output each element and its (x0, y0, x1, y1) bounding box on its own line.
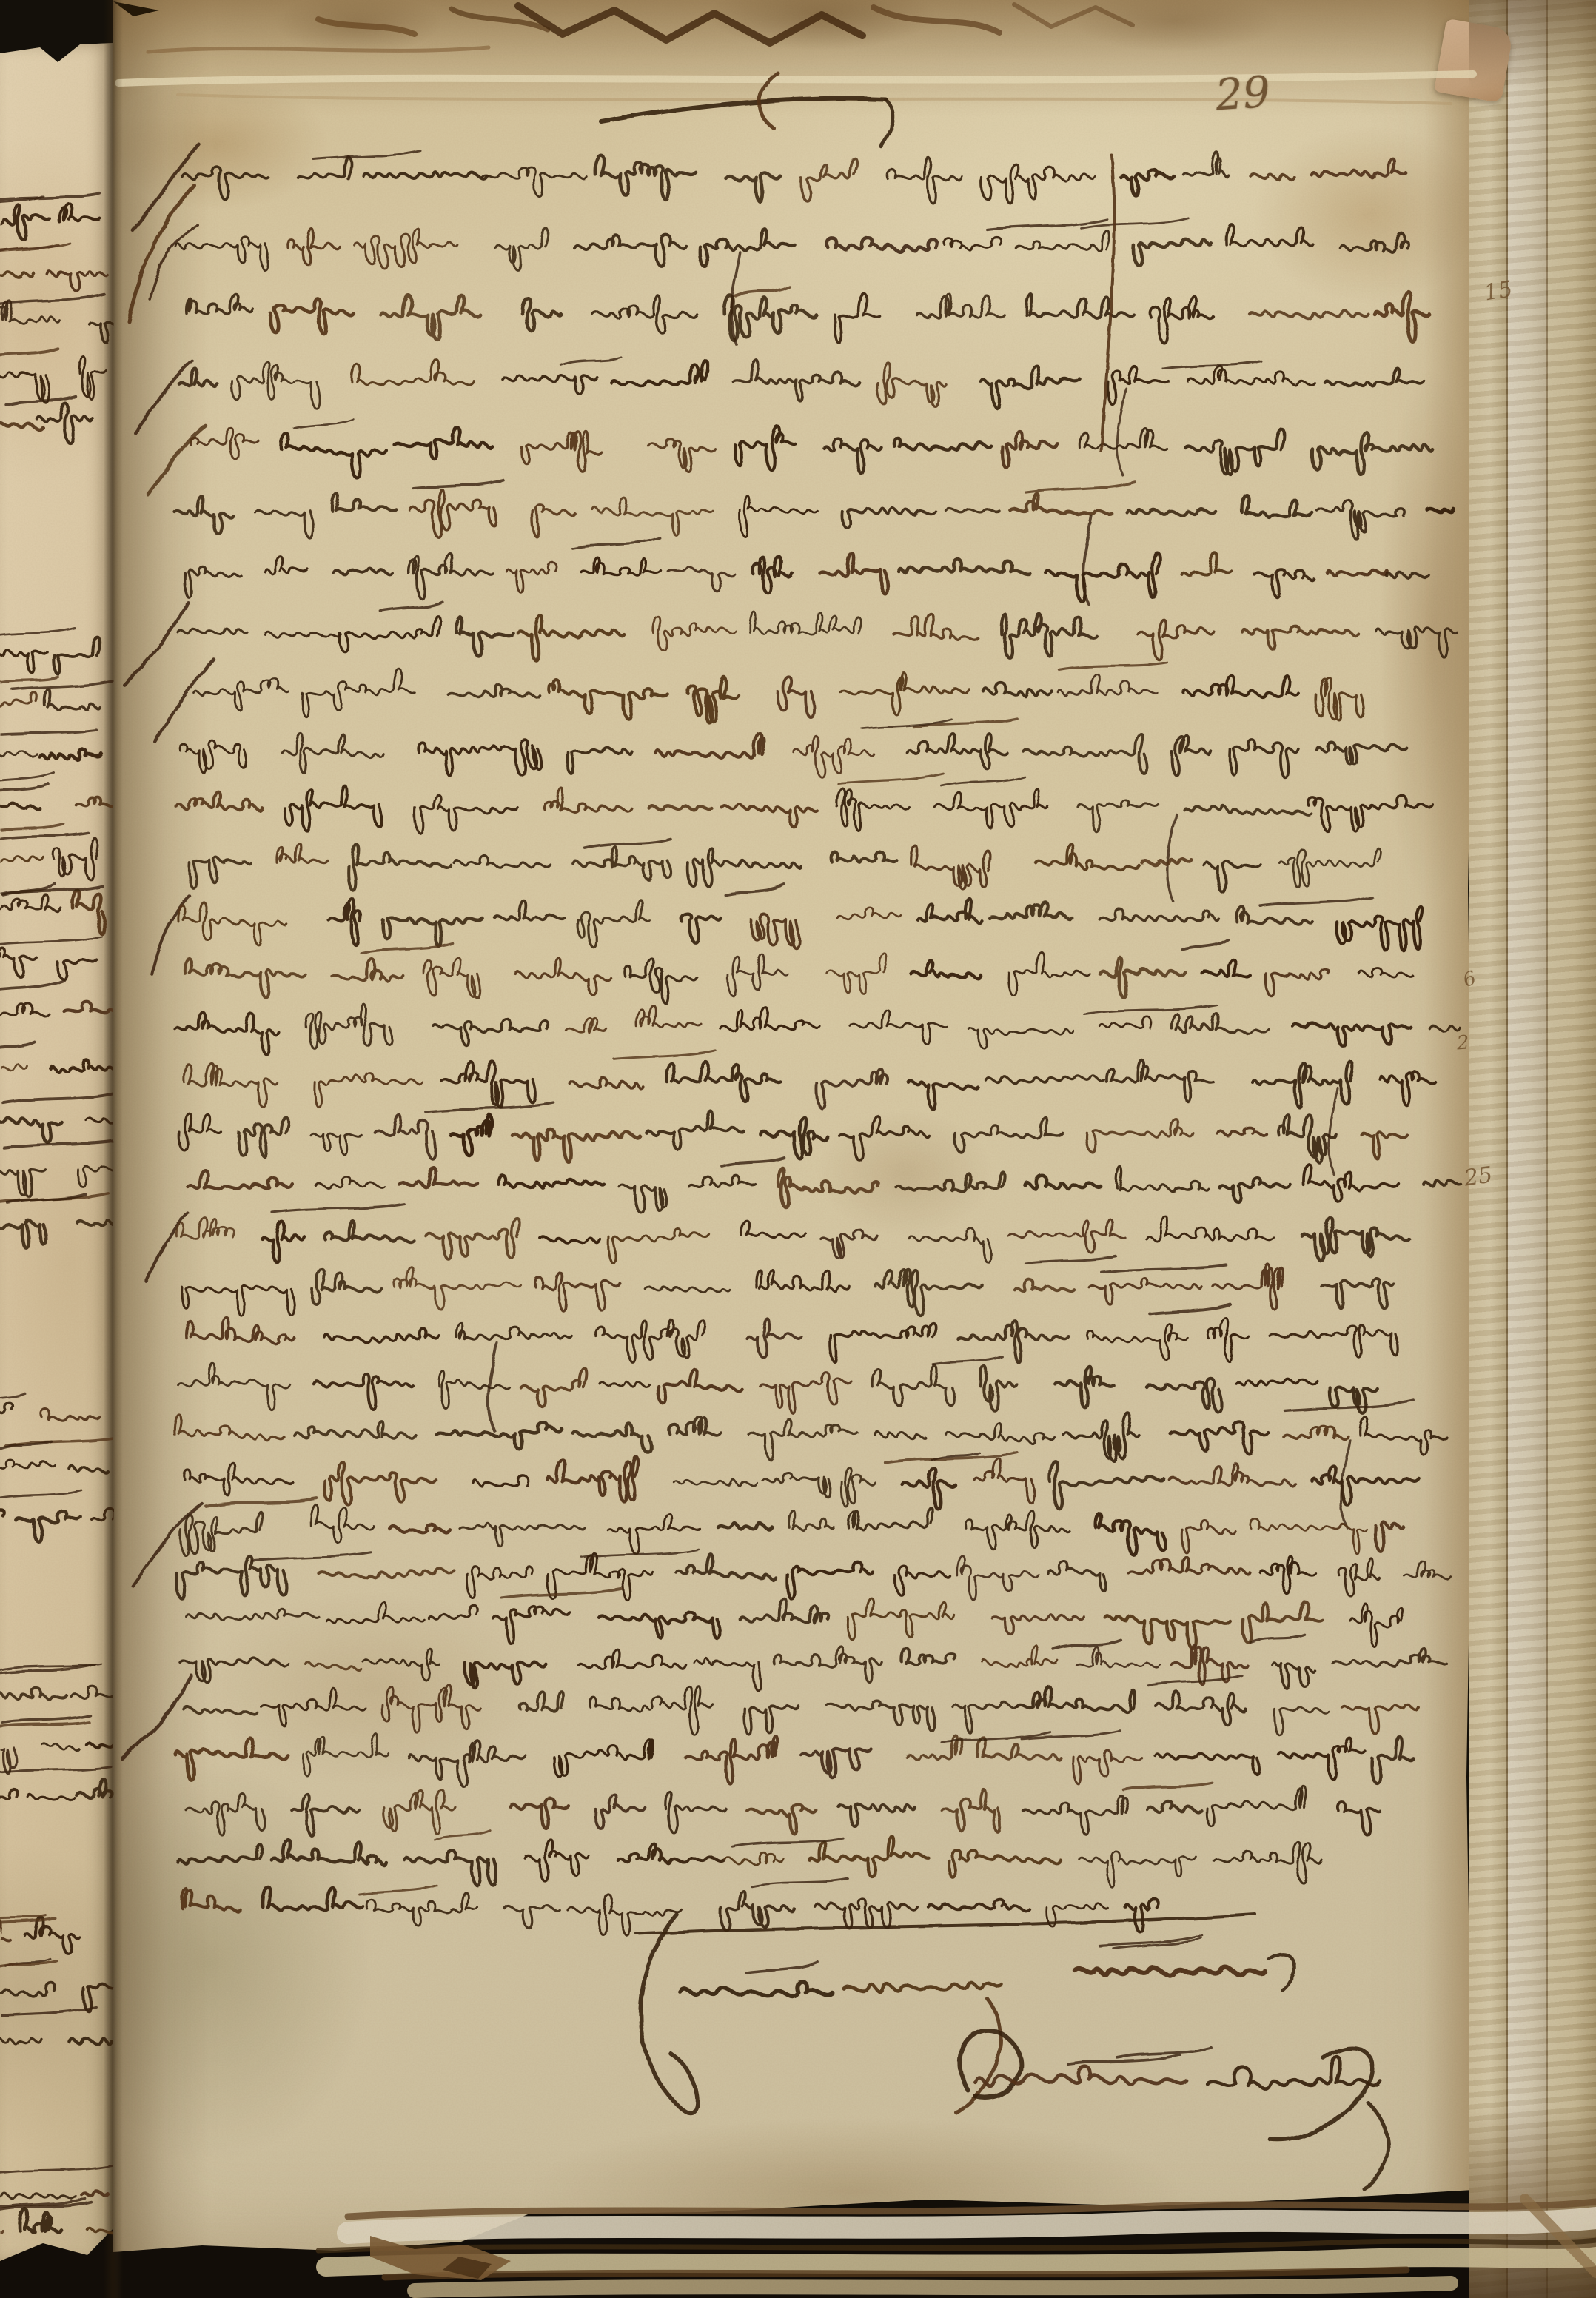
manuscript-page (113, 0, 1475, 2255)
stain (528, 2117, 1179, 2265)
previous-folio-staining (0, 43, 113, 2264)
stain (1379, 370, 1483, 903)
fore-edge-texture (1469, 0, 1596, 2298)
fore-edge-shading (1424, 0, 1475, 2255)
stain (106, 77, 328, 210)
stain (1253, 126, 1483, 304)
previous-folio-edge (0, 43, 113, 2264)
binding-gutter (104, 0, 123, 2298)
folio-number: 29 (1214, 67, 1272, 121)
damaged-top-edge (113, 0, 1475, 117)
stain (202, 1592, 543, 1784)
fore-edge-bottom-shadow (1469, 2106, 1596, 2298)
fore-edge-top-shadow (1469, 0, 1596, 89)
fore-edge-mark: 2 (1456, 1031, 1470, 1054)
fore-edge-stack (1469, 0, 1596, 2298)
fore-edge-mark: 25 (1463, 1162, 1495, 1192)
manuscript-photograph: 29 15 6 2 25 (0, 0, 1596, 2298)
stain (817, 1111, 994, 1236)
fore-edge-mark: 15 (1482, 276, 1515, 306)
